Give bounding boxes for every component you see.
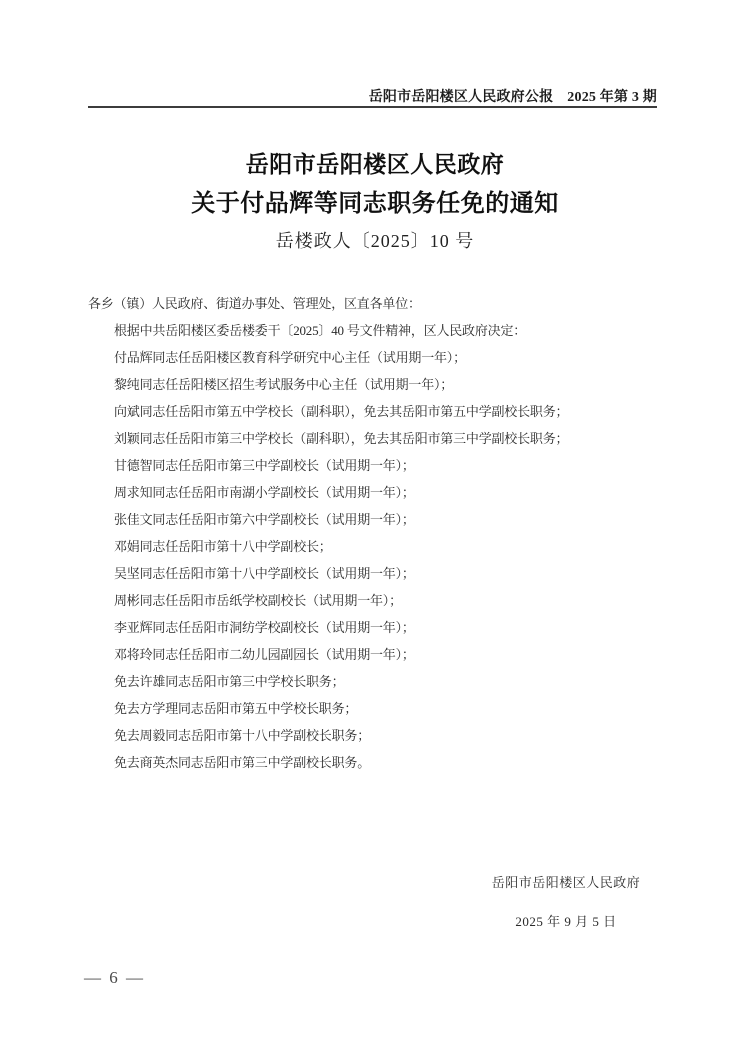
appointment-line: 向斌同志任岳阳市第五中学校长（副科职），免去其岳阳市第五中学副校长职务； <box>88 398 662 425</box>
appointment-line: 甘德智同志任岳阳市第三中学副校长（试用期一年）； <box>88 452 662 479</box>
salutation-line: 各乡（镇）人民政府、街道办事处、管理处，区直各单位： <box>88 290 662 317</box>
appointment-line: 付品辉同志任岳阳楼区教育科学研究中心主任（试用期一年）； <box>88 344 662 371</box>
document-org-title: 岳阳市岳阳楼区人民政府 <box>0 146 750 179</box>
document-body: 各乡（镇）人民政府、街道办事处、管理处，区直各单位： 根据中共岳阳楼区委岳楼委干… <box>88 290 662 776</box>
appointment-line: 张佳文同志任岳阳市第六中学副校长（试用期一年）； <box>88 506 662 533</box>
appointment-line: 邓将玲同志任岳阳市二幼儿园副园长（试用期一年）； <box>88 641 662 668</box>
removal-line: 免去商英杰同志岳阳市第三中学副校长职务。 <box>88 749 662 776</box>
appointment-line: 刘颖同志任岳阳市第三中学校长（副科职），免去其岳阳市第三中学副校长职务； <box>88 425 662 452</box>
removal-line: 免去许雄同志岳阳市第三中学校长职务； <box>88 668 662 695</box>
running-header: 岳阳市岳阳楼区人民政府公报2025 年第 3 期 <box>88 86 657 106</box>
gazette-title: 岳阳市岳阳楼区人民政府公报 <box>369 90 554 105</box>
appointment-line: 周彬同志任岳阳市岳纸学校副校长（试用期一年）； <box>88 587 662 614</box>
removal-line: 免去周毅同志岳阳市第十八中学副校长职务； <box>88 722 662 749</box>
basis-line: 根据中共岳阳楼区委岳楼委干〔2025〕40 号文件精神，区人民政府决定： <box>88 317 662 344</box>
issue-number: 2025 年第 3 期 <box>567 90 657 105</box>
appointment-line: 李亚辉同志任岳阳市洞纺学校副校长（试用期一年）； <box>88 614 662 641</box>
gazette-page: 岳阳市岳阳楼区人民政府公报2025 年第 3 期 岳阳市岳阳楼区人民政府 关于付… <box>0 0 750 1061</box>
issue-date: 2025 年 9 月 5 日 <box>481 911 651 930</box>
signature-block: 岳阳市岳阳楼区人民政府 2025 年 9 月 5 日 <box>481 872 651 930</box>
page-number: — 6 — <box>84 968 145 988</box>
header-rule <box>88 106 657 108</box>
appointment-line: 吴坚同志任岳阳市第十八中学副校长（试用期一年）； <box>88 560 662 587</box>
appointment-line: 周求知同志任岳阳市南湖小学副校长（试用期一年）； <box>88 479 662 506</box>
document-reference-number: 岳楼政人〔2025〕10 号 <box>0 227 750 253</box>
issuer-name: 岳阳市岳阳楼区人民政府 <box>481 872 651 891</box>
appointment-line: 邓娟同志任岳阳市第十八中学副校长； <box>88 533 662 560</box>
appointment-line: 黎纯同志任岳阳楼区招生考试服务中心主任（试用期一年）； <box>88 371 662 398</box>
document-subject-title: 关于付品辉等同志职务任免的通知 <box>0 183 750 218</box>
removal-line: 免去方学理同志岳阳市第五中学校长职务； <box>88 695 662 722</box>
